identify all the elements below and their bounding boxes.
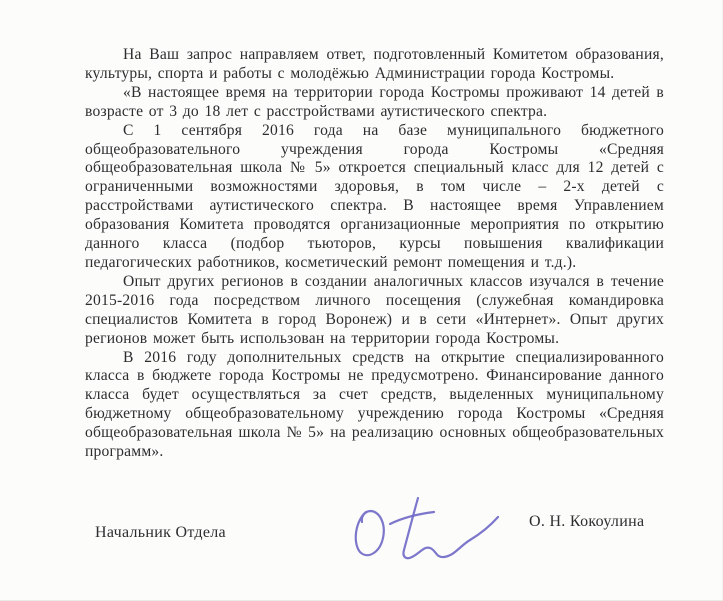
signer-position-label: Начальник Отдела <box>95 524 226 542</box>
signer-name: О. Н. Кокоулина <box>529 513 644 531</box>
paragraph-children-count: «В настоящее время на территории города … <box>85 84 664 122</box>
scanned-letter-page: На Ваш запрос направляем ответ, подготов… <box>0 0 723 601</box>
letter-body: На Ваш запрос направляем ответ, подготов… <box>85 46 664 462</box>
paragraph-special-class: С 1 сентября 2016 года на базе муниципал… <box>85 122 664 273</box>
paragraph-regions-experience: Опыт других регионов в создании аналогич… <box>85 273 664 349</box>
paragraph-intro: На Ваш запрос направляем ответ, подготов… <box>85 46 664 84</box>
signature-icon <box>340 490 520 570</box>
paragraph-funding: В 2016 году дополнительных средств на от… <box>85 349 664 462</box>
